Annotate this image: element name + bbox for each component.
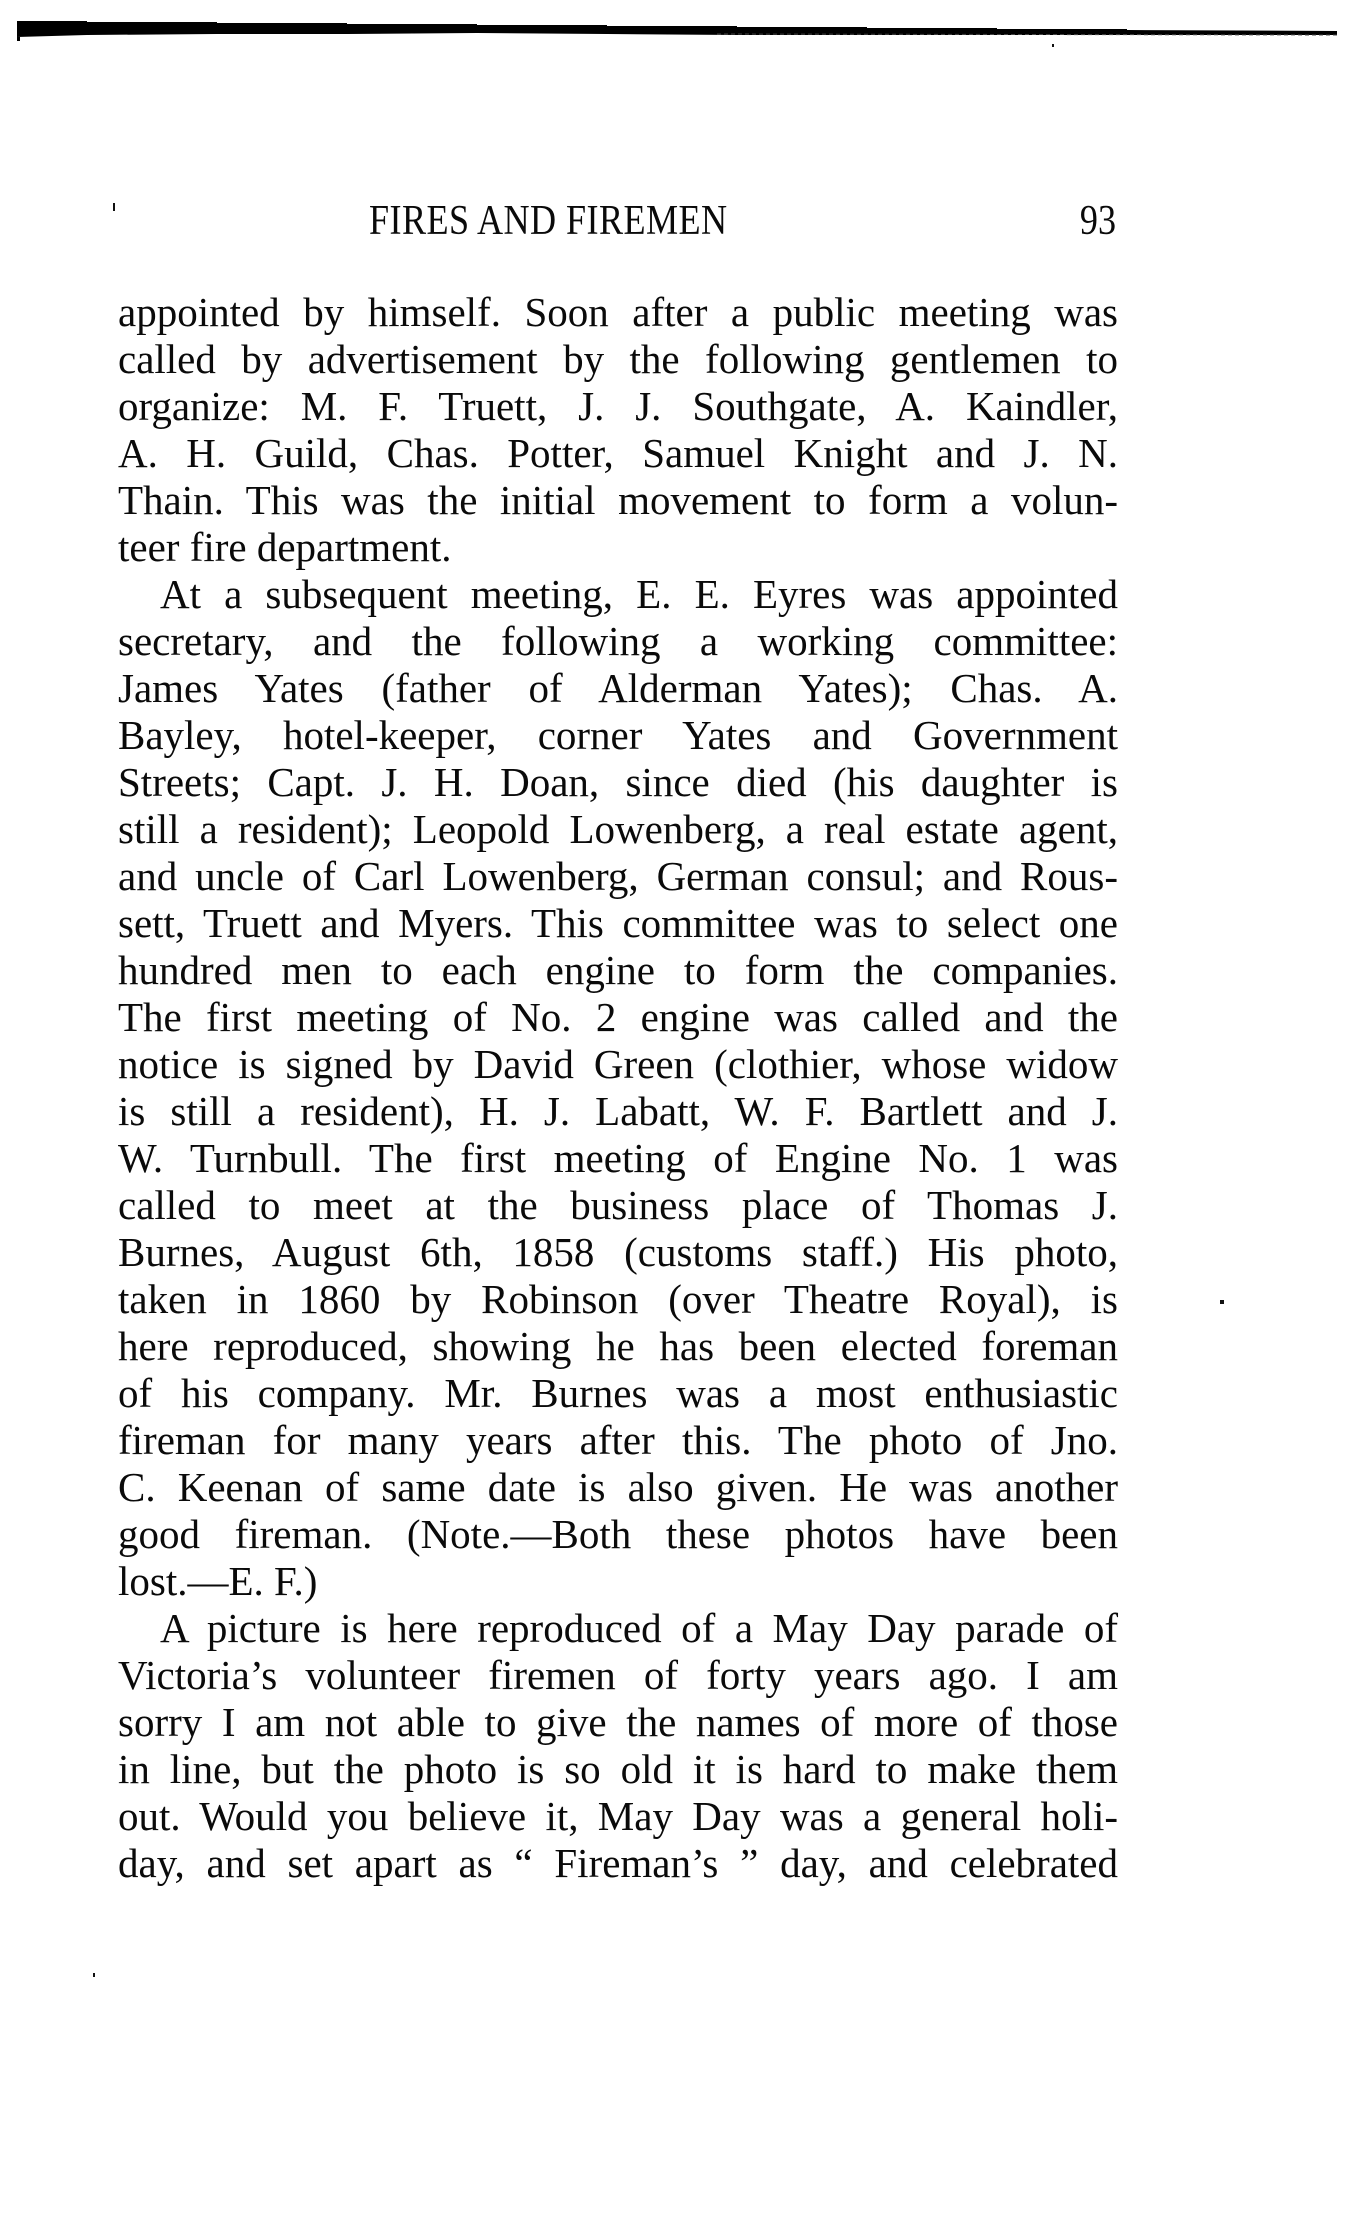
running-head: FIRES AND FIREMEN 93 — [118, 196, 1118, 246]
text-line: James Yates (father of Alderman Yates); … — [118, 665, 1118, 712]
text-line: called to meet at the business place of … — [118, 1182, 1118, 1229]
text-line: Burnes, August 6th, 1858 (customs staff.… — [118, 1229, 1118, 1276]
scan-edge-shadow — [17, 21, 1337, 41]
text-line: is still a resident), H. J. Labatt, W. F… — [118, 1088, 1118, 1135]
paragraph: At a subsequent meeting, E. E. Eyres was… — [118, 571, 1118, 1605]
scan-speck — [113, 203, 115, 211]
text-line: Victoria’s volunteer firemen of forty ye… — [118, 1652, 1118, 1699]
text-line: At a subsequent meeting, E. E. Eyres was… — [118, 571, 1118, 618]
page-number: 93 — [1080, 196, 1116, 246]
text-line: and uncle of Carl Lowenberg, German cons… — [118, 853, 1118, 900]
text-line: secretary, and the following a working c… — [118, 618, 1118, 665]
text-line: day, and set apart as “ Fireman’s ” day,… — [118, 1840, 1118, 1887]
text-line: taken in 1860 by Robinson (over Theatre … — [118, 1276, 1118, 1323]
text-line: Bayley, hotel-keeper, corner Yates and G… — [118, 712, 1118, 759]
text-line: teer fire department. — [118, 524, 1118, 571]
text-line: in line, but the photo is so old it is h… — [118, 1746, 1118, 1793]
text-line: called by advertisement by the following… — [118, 336, 1118, 383]
scan-speck — [93, 1973, 95, 1977]
text-line: notice is signed by David Green (clothie… — [118, 1041, 1118, 1088]
text-line: C. Keenan of same date is also given. He… — [118, 1464, 1118, 1511]
text-line: lost.—E. F.) — [118, 1558, 1118, 1605]
text-line: out. Would you believe it, May Day was a… — [118, 1793, 1118, 1840]
text-line: W. Turnbull. The first meeting of Engine… — [118, 1135, 1118, 1182]
text-line: hundred men to each engine to form the c… — [118, 947, 1118, 994]
text-line: of his company. Mr. Burnes was a most en… — [118, 1370, 1118, 1417]
text-line: sett, Truett and Myers. This committee w… — [118, 900, 1118, 947]
text-line: here reproduced, showing he has been ele… — [118, 1323, 1118, 1370]
text-line: appointed by himself. Soon after a publi… — [118, 289, 1118, 336]
text-line: The first meeting of No. 2 engine was ca… — [118, 994, 1118, 1041]
text-line: sorry I am not able to give the names of… — [118, 1699, 1118, 1746]
text-line: still a resident); Leopold Lowenberg, a … — [118, 806, 1118, 853]
text-line: fireman for many years after this. The p… — [118, 1417, 1118, 1464]
text-line: Thain. This was the initial movement to … — [118, 477, 1118, 524]
text-line: A. H. Guild, Chas. Potter, Samuel Knight… — [118, 430, 1118, 477]
body-text: appointed by himself. Soon after a publi… — [118, 289, 1118, 1887]
paragraph: A picture is here reproduced of a May Da… — [118, 1605, 1118, 1887]
running-title: FIRES AND FIREMEN — [369, 196, 728, 246]
text-line: organize: M. F. Truett, J. J. Southgate,… — [118, 383, 1118, 430]
text-line: Streets; Capt. J. H. Doan, since died (h… — [118, 759, 1118, 806]
text-line: A picture is here reproduced of a May Da… — [118, 1605, 1118, 1652]
paragraph: appointed by himself. Soon after a publi… — [118, 289, 1118, 571]
text-line: good fireman. (Note.—Both these photos h… — [118, 1511, 1118, 1558]
scan-speck — [1220, 1300, 1224, 1304]
scan-speck — [1052, 44, 1054, 47]
